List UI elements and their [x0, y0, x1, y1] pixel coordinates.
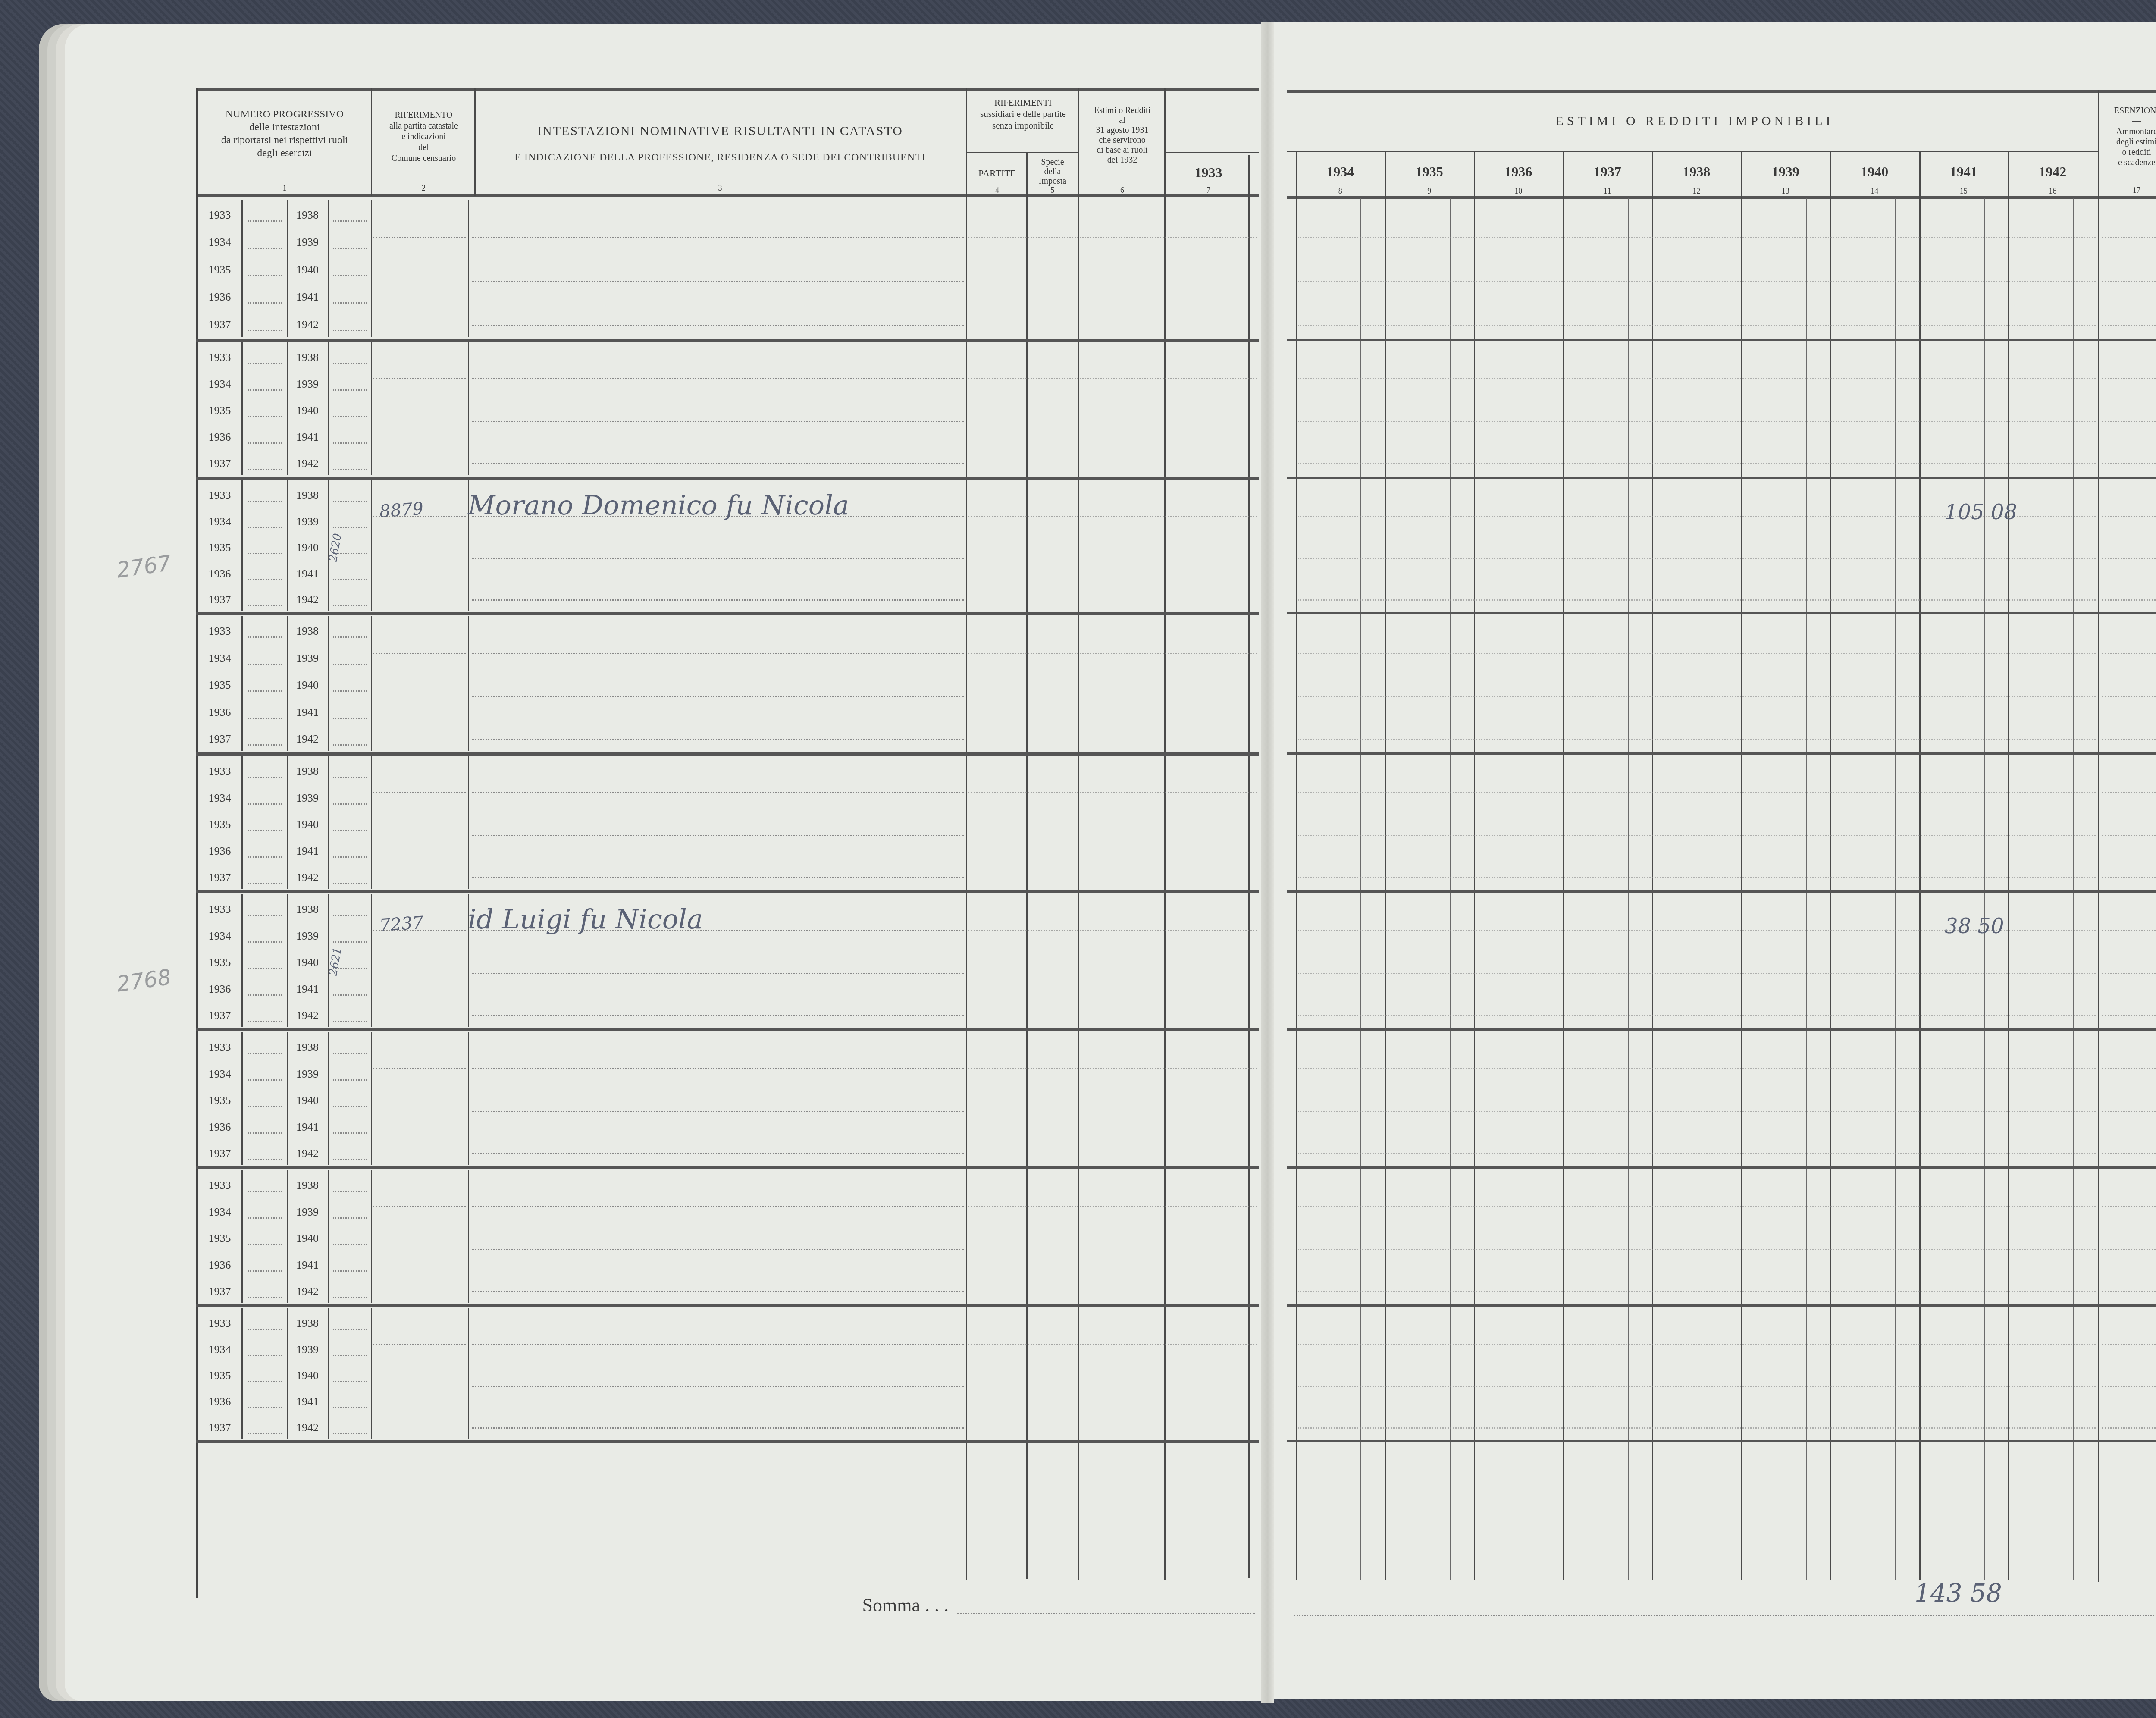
table-top-border [1287, 90, 2156, 93]
cents-divider [1628, 198, 1629, 1580]
year-col-number: 13 [1741, 186, 1830, 196]
col-divider [371, 480, 372, 611]
dotted-line [373, 1068, 466, 1069]
col-divider [966, 88, 967, 1580]
col-divider [371, 616, 372, 751]
dotted-line [248, 275, 282, 276]
dotted-line [472, 421, 964, 422]
dotted-line [2102, 930, 2156, 931]
dotted-line [248, 636, 282, 638]
dotted-line [968, 378, 1257, 379]
cents-divider [1895, 198, 1896, 1580]
year-label: 1942 [288, 732, 327, 746]
year-label: 1941 [288, 290, 327, 304]
dotted-line [333, 1433, 367, 1434]
col-divider [328, 756, 329, 889]
col-divider [241, 894, 243, 1027]
year-label: 1934 [199, 791, 240, 806]
dotted-line [472, 1386, 964, 1387]
dotted-line [2102, 653, 2156, 654]
dotted-line [373, 378, 466, 379]
dotted-line [333, 1297, 367, 1298]
year-label: 1940 [288, 1232, 327, 1246]
dotted-line [2102, 516, 2156, 517]
col-divider [241, 1032, 243, 1165]
col-divider [468, 616, 469, 751]
year-label: 1937 [199, 593, 240, 607]
year-label: 1936 [199, 1395, 240, 1409]
dotted-line [472, 1427, 964, 1429]
dotted-line [248, 605, 282, 606]
dotted-line [472, 653, 964, 654]
dotted-line [472, 877, 964, 878]
dotted-line [2102, 237, 2156, 238]
col-divider [328, 1170, 329, 1303]
year-label: 1941 [288, 982, 327, 997]
year-header-1935: 1935 [1385, 163, 1474, 180]
dotted-line [2102, 378, 2156, 379]
year-label: 1940 [288, 541, 327, 555]
year-label: 1934 [199, 1343, 240, 1357]
year-col-number: 8 [1296, 186, 1385, 196]
cents-divider [2073, 198, 2074, 1580]
year-label: 1933 [199, 1041, 240, 1055]
dotted-line [248, 579, 282, 580]
year-col-number: 12 [1652, 186, 1741, 196]
row-separator [196, 1166, 1259, 1169]
col-divider [371, 200, 372, 337]
col-divider [328, 480, 329, 611]
dotted-line [2102, 877, 2156, 878]
dotted-line [1298, 835, 2096, 836]
dotted-line [2102, 1249, 2156, 1250]
dotted-line [248, 1021, 282, 1022]
year-label: 1938 [288, 624, 327, 639]
cents-divider [1717, 198, 1717, 1580]
col-divider [241, 342, 243, 475]
dotted-line [472, 558, 964, 559]
dotted-line [333, 718, 367, 719]
table-top-border [196, 88, 1259, 91]
dotted-line [1298, 739, 2096, 740]
dotted-line [248, 1381, 282, 1382]
dotted-line [472, 325, 964, 326]
dotted-line [1298, 877, 2096, 878]
value-1941: 105 08 [1945, 500, 2017, 524]
col-divider [328, 200, 329, 337]
dotted-line [1298, 973, 2096, 974]
dotted-line [1298, 421, 2096, 422]
col-divider [371, 342, 372, 475]
dotted-line [373, 1206, 466, 1207]
dotted-line [248, 830, 282, 831]
year-label: 1933 [199, 624, 240, 639]
dotted-line [333, 1407, 367, 1408]
year-header-1937: 1937 [1563, 163, 1652, 180]
dotted-line [248, 994, 282, 996]
year-col-divider [1741, 151, 1742, 1580]
year-label: 1933 [199, 208, 240, 223]
dotted-line [248, 1244, 282, 1245]
dotted-line [373, 792, 466, 793]
cents-divider [1450, 198, 1451, 1580]
dotted-line [248, 527, 282, 528]
year-label: 1935 [199, 678, 240, 693]
dotted-line [248, 915, 282, 916]
dotted-line [248, 220, 282, 222]
year-label: 1942 [288, 1147, 327, 1161]
dotted-line [968, 792, 1257, 793]
dotted-line [333, 777, 367, 778]
dotted-line [968, 237, 1257, 238]
dotted-line [1298, 558, 2096, 559]
col17-header: ESENZIONI — Ammontare degli estimi o red… [2100, 106, 2156, 168]
row-separator [196, 752, 1259, 756]
dotted-line [248, 416, 282, 417]
year-col-divider [2008, 151, 2009, 1580]
year-label: 1941 [288, 1395, 327, 1409]
col-divider [328, 342, 329, 475]
dotted-line [1298, 696, 2096, 697]
subheader-divider [1164, 152, 1259, 153]
year-label: 1933 [199, 489, 240, 503]
dotted-line [1298, 1249, 2096, 1250]
year-label: 1933 [199, 765, 240, 779]
dotted-line [248, 803, 282, 805]
dotted-line [968, 1068, 1257, 1069]
year-label: 1939 [288, 235, 327, 250]
dotted-line [472, 1206, 964, 1207]
dotted-line [2102, 1153, 2156, 1154]
cents-divider [1806, 198, 1807, 1580]
somma-dotted-line [1294, 1615, 2156, 1616]
year-label: 1939 [288, 377, 327, 392]
estimi-title: ESTIMI O REDDITI IMPONIBILI [1294, 113, 2096, 129]
year-label: 1934 [199, 235, 240, 250]
dotted-line [333, 883, 367, 884]
year-label: 1937 [199, 871, 240, 885]
year-label: 1940 [288, 263, 327, 277]
dotted-line [333, 330, 367, 331]
col5-number: 5 [1027, 185, 1078, 195]
dotted-line [472, 1015, 964, 1016]
year-col-number: 11 [1563, 186, 1652, 196]
year-label: 1939 [288, 929, 327, 944]
subheader-divider [966, 152, 1078, 153]
year-label: 1942 [288, 1285, 327, 1299]
year-label: 1942 [288, 871, 327, 885]
dotted-line [248, 718, 282, 719]
col17-number: 17 [2100, 185, 2156, 195]
col-divider [241, 756, 243, 889]
dotted-line [472, 1249, 964, 1250]
col-divider [2098, 90, 2099, 1582]
dotted-line [248, 883, 282, 884]
dotted-line [472, 973, 964, 974]
year-label: 1939 [288, 515, 327, 529]
year-label: 1937 [199, 457, 240, 471]
year-label: 1938 [288, 1041, 327, 1055]
row-separator [1287, 477, 2156, 479]
year-label: 1940 [288, 1094, 327, 1108]
year-label: 1935 [199, 1369, 240, 1383]
dotted-line [333, 501, 367, 502]
dotted-line [333, 302, 367, 304]
dotted-line [333, 1329, 367, 1330]
year-label: 1933 [199, 903, 240, 917]
dotted-line [248, 442, 282, 444]
dotted-line [968, 516, 1257, 517]
col3-number: 3 [479, 183, 962, 193]
year-label: 1939 [288, 1205, 327, 1220]
dotted-line [472, 696, 964, 697]
year-col-divider [1919, 151, 1921, 1580]
somma-1941-value: 143 58 [1915, 1578, 2002, 1608]
year-col-number: 14 [1830, 186, 1919, 196]
dotted-line [1298, 1206, 2096, 1207]
dotted-line [472, 792, 964, 793]
dotted-line [333, 1217, 367, 1219]
col-divider [468, 200, 469, 337]
col-divider [468, 342, 469, 475]
year-label: 1936 [199, 567, 240, 581]
year-label: 1942 [288, 457, 327, 471]
cents-divider [1539, 198, 1539, 1580]
dotted-line [248, 1132, 282, 1134]
dotted-line [2102, 1291, 2156, 1292]
dotted-line [1298, 325, 2096, 326]
col2-header: RIFERIMENTO alla partita catastale e ind… [373, 110, 474, 164]
dotted-line [333, 1270, 367, 1272]
dotted-line [1298, 1386, 2096, 1387]
col2-number: 2 [373, 183, 474, 193]
dotted-line [333, 1021, 367, 1022]
year-label: 1938 [288, 1317, 327, 1331]
col-divider [1078, 88, 1079, 1580]
dotted-line [2102, 1015, 2156, 1016]
dotted-line [333, 1159, 367, 1160]
dotted-line [248, 968, 282, 969]
col-divider [241, 1308, 243, 1439]
dotted-line [333, 803, 367, 805]
somma-label: Somma . . . [819, 1593, 949, 1617]
dotted-line [2102, 1206, 2156, 1207]
col-divider [371, 88, 372, 196]
year-header-1934: 1934 [1296, 163, 1385, 180]
dotted-line [333, 994, 367, 996]
row-separator [1287, 1028, 2156, 1031]
dotted-line [333, 363, 367, 364]
dotted-line [333, 856, 367, 858]
year-label: 1939 [288, 652, 327, 666]
dotted-line [248, 330, 282, 331]
year-label: 1939 [288, 791, 327, 806]
dotted-line [1298, 1153, 2096, 1154]
somma-dotted-line [957, 1613, 1255, 1614]
year-col-divider [1296, 151, 1297, 1580]
dotted-line [1298, 1291, 2096, 1292]
year-label: 1937 [199, 1285, 240, 1299]
col-divider [468, 1170, 469, 1303]
dotted-line [2102, 835, 2156, 836]
cents-divider [1984, 198, 1985, 1580]
dotted-line [472, 739, 964, 740]
year-label: 1934 [199, 1205, 240, 1220]
dotted-line [333, 744, 367, 746]
taxpayer-name: id Luigi fu Nicola [468, 903, 703, 935]
dotted-line [472, 835, 964, 836]
dotted-line [333, 1053, 367, 1054]
dotted-line [472, 281, 964, 282]
col-divider [371, 894, 372, 1027]
year-label: 1936 [199, 844, 240, 859]
year-label: 1938 [288, 208, 327, 223]
dotted-line [1298, 1111, 2096, 1112]
row-separator [196, 477, 1259, 480]
year-label: 1941 [288, 844, 327, 859]
col-divider [241, 200, 243, 337]
col4-header: PARTITE [968, 167, 1026, 179]
dotted-line [248, 553, 282, 554]
dotted-line [333, 941, 367, 943]
year-col-divider [1385, 151, 1386, 1580]
row-separator [1287, 1166, 2156, 1169]
dotted-line [248, 1106, 282, 1107]
dotted-line [248, 501, 282, 502]
dotted-line [2102, 325, 2156, 326]
dotted-line [472, 1153, 964, 1154]
year-label: 1939 [288, 1067, 327, 1082]
dotted-line [1298, 1068, 2096, 1069]
col1-header: NUMERO PROGRESSIVO delle intestazioni da… [198, 108, 371, 160]
dotted-line [333, 605, 367, 606]
year-label: 1941 [288, 705, 327, 720]
dotted-line [248, 469, 282, 470]
year-col-number: 9 [1385, 186, 1474, 196]
col3-header-subtitle: E INDICAZIONE DELLA PROFESSIONE, RESIDEN… [479, 151, 962, 164]
dotted-line [248, 1355, 282, 1356]
year-label: 1942 [288, 1421, 327, 1435]
year-label: 1936 [199, 1120, 240, 1135]
dotted-line [248, 690, 282, 692]
year-label: 1935 [199, 404, 240, 418]
col1-number: 1 [198, 183, 371, 193]
dotted-line [1298, 599, 2096, 601]
dotted-line [968, 930, 1257, 931]
year-col-divider [1563, 151, 1564, 1580]
dotted-line [2102, 792, 2156, 793]
dotted-line [1298, 1015, 2096, 1016]
year-label: 1935 [199, 541, 240, 555]
year-header-1942: 1942 [2008, 163, 2097, 180]
dotted-line [1298, 281, 2096, 282]
row-separator [196, 1440, 1259, 1443]
header-bottom-border [1287, 196, 2156, 199]
dotted-line [248, 1217, 282, 1219]
dotted-line [472, 378, 964, 379]
dotted-line [1298, 463, 2096, 464]
table-left-border [196, 88, 198, 1598]
year-label: 1941 [288, 430, 327, 445]
year-label: 1934 [199, 929, 240, 944]
year-label: 1938 [288, 489, 327, 503]
dotted-line [248, 248, 282, 249]
col-divider [241, 1170, 243, 1303]
col6-header: Estimi o Redditi al 31 agosto 1931 che s… [1080, 106, 1164, 165]
dotted-line [2102, 739, 2156, 740]
dotted-line [248, 664, 282, 665]
dotted-line [472, 599, 964, 601]
dotted-line [333, 579, 367, 580]
row-separator [196, 612, 1259, 615]
dotted-line [248, 1433, 282, 1434]
dotted-line [333, 664, 367, 665]
row-separator [196, 890, 1259, 893]
year-label: 1935 [199, 1094, 240, 1108]
row-separator [1287, 612, 2156, 614]
dotted-line [333, 1191, 367, 1192]
year-label: 1942 [288, 1009, 327, 1023]
col-divider [371, 1032, 372, 1165]
dotted-line [333, 416, 367, 417]
year-label: 1936 [199, 705, 240, 720]
year-col-divider [1652, 151, 1653, 1580]
dotted-line [333, 1132, 367, 1134]
dotted-line [333, 1381, 367, 1382]
col-divider [371, 1170, 372, 1303]
year-col-number: 16 [2008, 186, 2097, 196]
dotted-line [472, 1291, 964, 1292]
year-label: 1934 [199, 652, 240, 666]
dotted-line [1298, 1344, 2096, 1345]
year-label: 1935 [199, 818, 240, 832]
dotted-line [333, 248, 367, 249]
col-divider [371, 1308, 372, 1439]
dotted-line [248, 389, 282, 391]
year-label: 1936 [199, 430, 240, 445]
row-separator [1287, 339, 2156, 341]
dotted-line [333, 442, 367, 444]
dotted-line [333, 389, 367, 391]
taxpayer-name: Morano Domenico fu Nicola [468, 489, 849, 521]
dotted-line [248, 941, 282, 943]
dotted-line [333, 1244, 367, 1245]
dotted-line [1298, 237, 2096, 238]
dotted-line [2102, 421, 2156, 422]
col-divider [1026, 152, 1028, 1579]
dotted-line [1298, 1427, 2096, 1429]
year-label: 1939 [288, 1343, 327, 1357]
dotted-line [2102, 973, 2156, 974]
year-label: 1940 [288, 956, 327, 970]
dotted-line [2102, 599, 2156, 601]
year-header-1940: 1940 [1830, 163, 1919, 180]
dotted-line [2102, 696, 2156, 697]
dotted-line [333, 220, 367, 222]
year-header-1941: 1941 [1919, 163, 2009, 180]
left-page [65, 24, 1268, 1701]
col-divider [241, 616, 243, 751]
col-divider [328, 616, 329, 751]
dotted-line [333, 1106, 367, 1107]
year-label: 1941 [288, 1120, 327, 1135]
dotted-line [1298, 792, 2096, 793]
dotted-line [248, 1297, 282, 1298]
partita-number: 8879 [379, 499, 424, 522]
row-separator [1287, 1304, 2156, 1307]
dotted-line [248, 363, 282, 364]
row-separator [196, 1304, 1259, 1307]
